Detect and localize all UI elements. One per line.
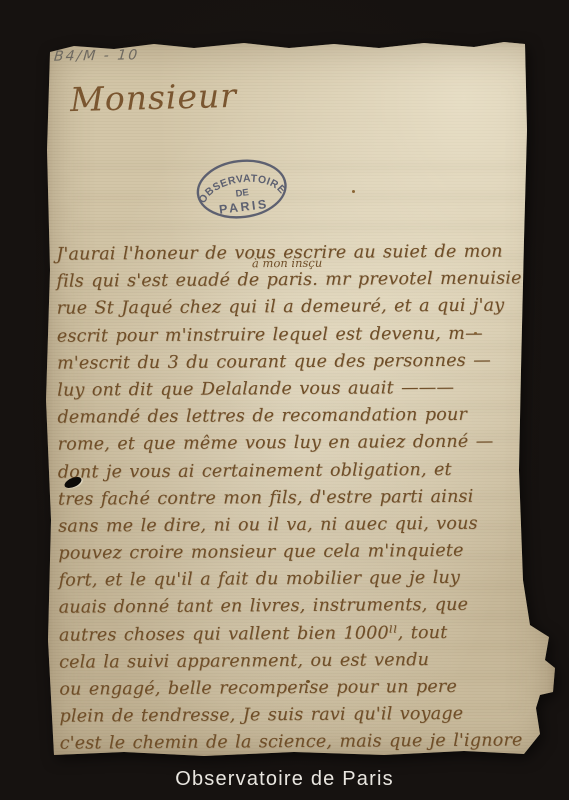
ink-speck	[474, 332, 477, 334]
letter-line: plein de tendresse, Je suis ravi qu'il v…	[59, 701, 537, 732]
letter-line: auais donné tant en livres, instruments,…	[59, 592, 537, 623]
letter-line: m'escrit du 3 du courant que des personn…	[57, 347, 535, 378]
letter-line: luy ont dit que Delalande vous auait ———	[57, 374, 535, 405]
caption-bar: Observatoire de Paris	[0, 758, 569, 800]
stamp-line2: DE	[235, 187, 249, 200]
paper-sheet: B4/M - 10 Monsieur OBSERVATOIRE DE PARIS…	[44, 40, 556, 758]
letter-line: fils qui s'est euadé de paris. mr prevot…	[56, 266, 534, 297]
letter-line: rue St Jaqué chez qui il a demeuré, et a…	[57, 293, 535, 324]
letter-salutation: Monsieur	[70, 76, 238, 119]
letter-line: sans me le dire, ni ou il va, ni auec qu…	[58, 510, 536, 541]
interlinear-insertion: à mon insçu	[252, 256, 322, 270]
photo-background: B4/M - 10 Monsieur OBSERVATOIRE DE PARIS…	[0, 0, 569, 800]
ink-speck	[352, 190, 355, 193]
stamp-icon: OBSERVATOIRE DE PARIS	[190, 150, 293, 227]
letter-line: ou engagé, belle recompense pour un pere	[59, 673, 537, 704]
ink-speck	[306, 680, 310, 683]
letter-line: escrit pour m'instruire lequel est deven…	[57, 320, 535, 351]
letter-line: rome, et que même vous luy en auiez donn…	[58, 429, 536, 460]
observatoire-oval-stamp: OBSERVATOIRE DE PARIS	[190, 150, 294, 232]
letter-line: cela la suivi apparenment, ou est vendu	[59, 646, 537, 677]
letter-line: dont je vous ai certainement obligation,…	[58, 456, 536, 487]
letter-line: pouvez croire monsieur que cela m'inquie…	[58, 537, 536, 568]
letter-line: tres faché contre mon fils, d'estre part…	[58, 483, 536, 514]
letter-line: fort, et le qu'il a fait du mobilier que…	[58, 565, 536, 596]
letter-body: J'aurai l'honeur de vous escrire au suie…	[56, 238, 538, 758]
letter-line: autres choses qui vallent bien 1000ˡˡ, t…	[59, 619, 537, 650]
archive-shelfmark-note: B4/M - 10	[53, 47, 140, 64]
manuscript-page: B4/M - 10 Monsieur OBSERVATOIRE DE PARIS…	[44, 40, 556, 758]
letter-line: demandé des lettres de recomandation pou…	[57, 401, 535, 432]
letter-line: c'est le chemin de la science, mais que …	[60, 728, 538, 759]
caption-text: Observatoire de Paris	[175, 768, 394, 791]
